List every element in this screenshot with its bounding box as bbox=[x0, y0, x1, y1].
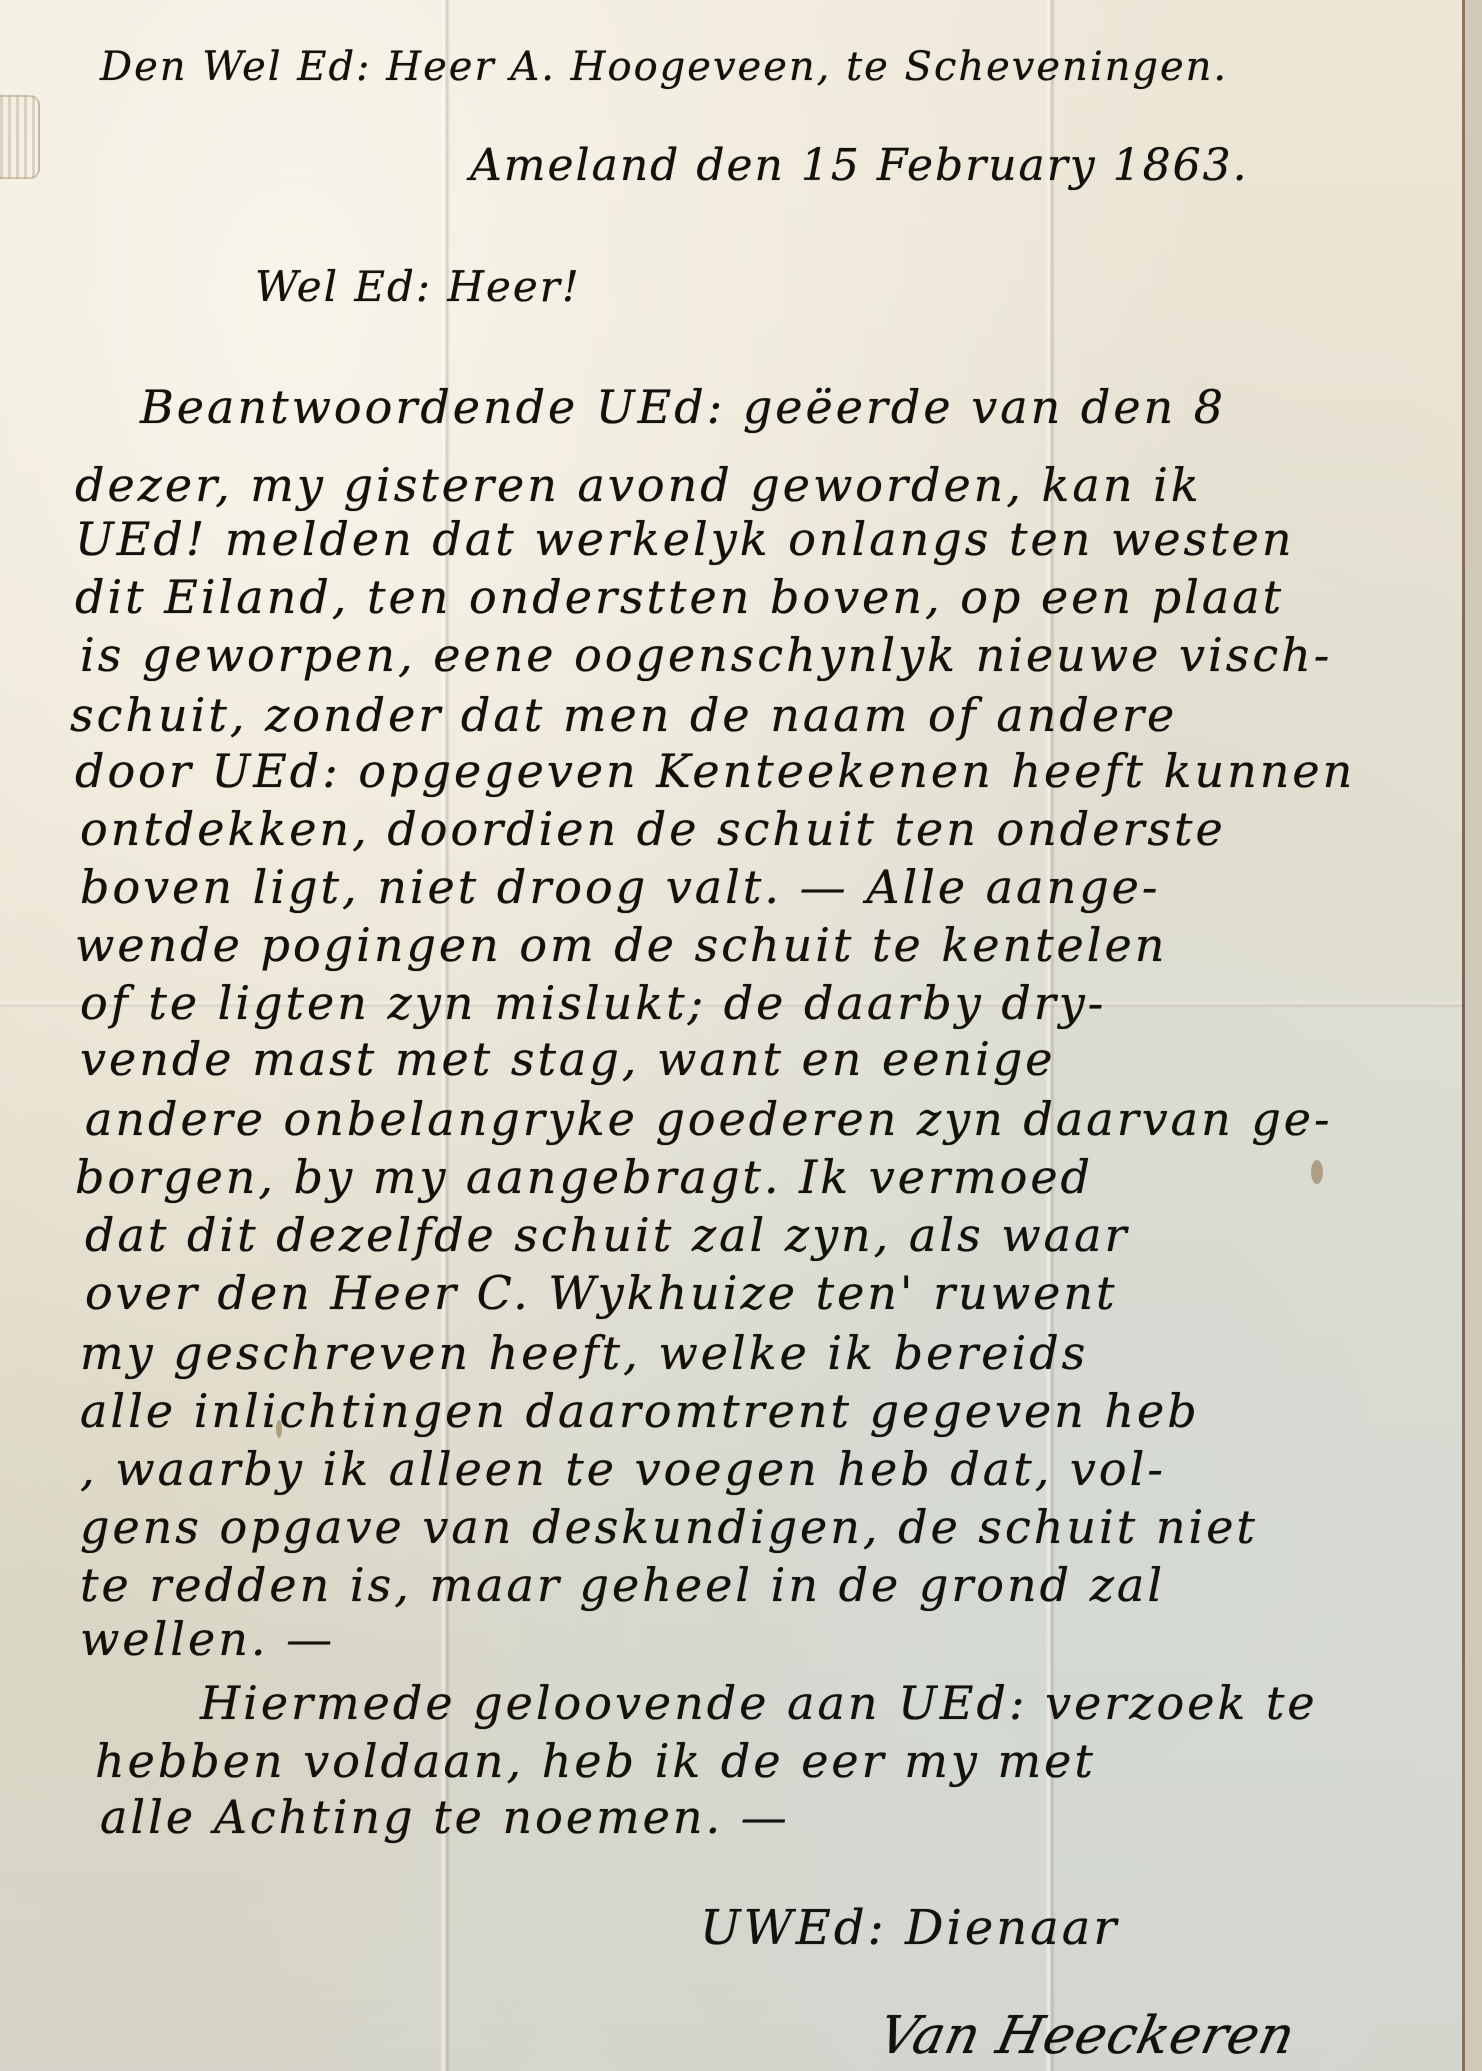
body-line: te redden is, maar geheel in de grond za… bbox=[80, 1558, 1165, 1612]
body-line: of te ligten zyn mislukt; de daarby dry- bbox=[80, 976, 1106, 1030]
body-line: vende mast met stag, want en eenige bbox=[80, 1032, 1056, 1086]
body-line: , waarby ik alleen te voegen heb dat, vo… bbox=[80, 1442, 1166, 1496]
background-surface bbox=[1465, 0, 1482, 2071]
body-line: borgen, by my aangebragt. Ik vermoed bbox=[75, 1150, 1093, 1204]
body-line: schuit, zonder dat men de naam of andere bbox=[70, 688, 1177, 742]
body-line: wellen. — bbox=[80, 1612, 335, 1666]
body-line: dit Eiland, ten onderstten boven, op een… bbox=[75, 570, 1284, 624]
body-line: boven ligt, niet droog valt. — Alle aang… bbox=[80, 860, 1160, 914]
ink-stain bbox=[1311, 1160, 1323, 1184]
body-line: UEd! melden dat werkelyk onlangs ten wes… bbox=[75, 512, 1294, 566]
body-line: dezer, my gisteren avond geworden, kan i… bbox=[75, 458, 1202, 512]
dateline: Ameland den 15 February 1863. bbox=[470, 140, 1249, 191]
body-line: alle inlichtingen daaromtrent gegeven he… bbox=[80, 1384, 1200, 1438]
body-line: gens opgave van deskundigen, de schuit n… bbox=[80, 1500, 1258, 1554]
body-line: wende pogingen om de schuit te kentelen bbox=[75, 918, 1167, 972]
body-line: door UEd: opgegeven Kenteekenen heeft ku… bbox=[75, 744, 1355, 798]
body-line: is geworpen, eene oogenschynlyk nieuwe v… bbox=[80, 628, 1332, 682]
body-line: Beantwoordende UEd: geëerde van den 8 bbox=[140, 380, 1226, 434]
body-line: hebben voldaan, heb ik de eer my met bbox=[95, 1734, 1096, 1788]
closing: UWEd: Dienaar bbox=[700, 1900, 1119, 1956]
body-line: ontdekken, doordien de schuit ten onders… bbox=[80, 802, 1226, 856]
embossed-stamp-icon bbox=[0, 95, 40, 179]
salutation: Wel Ed: Heer! bbox=[255, 262, 581, 311]
body-line: andere onbelangryke goederen zyn daarvan… bbox=[85, 1092, 1333, 1146]
body-line: alle Achting te noemen. — bbox=[100, 1790, 790, 1844]
signature: Van Heeckeren bbox=[874, 2006, 1301, 2066]
body-line: my geschreven heeft, welke ik bereids bbox=[80, 1326, 1088, 1380]
body-line: dat dit dezelfde schuit zal zyn, als waa… bbox=[85, 1208, 1130, 1262]
address-line: Den Wel Ed: Heer A. Hoogeveen, te Scheve… bbox=[100, 44, 1228, 90]
body-line: Hiermede geloovende aan UEd: verzoek te bbox=[200, 1676, 1318, 1730]
letter-paper: Den Wel Ed: Heer A. Hoogeveen, te Scheve… bbox=[0, 0, 1466, 2071]
body-line: over den Heer C. Wykhuize ten' ruwent bbox=[85, 1266, 1118, 1320]
